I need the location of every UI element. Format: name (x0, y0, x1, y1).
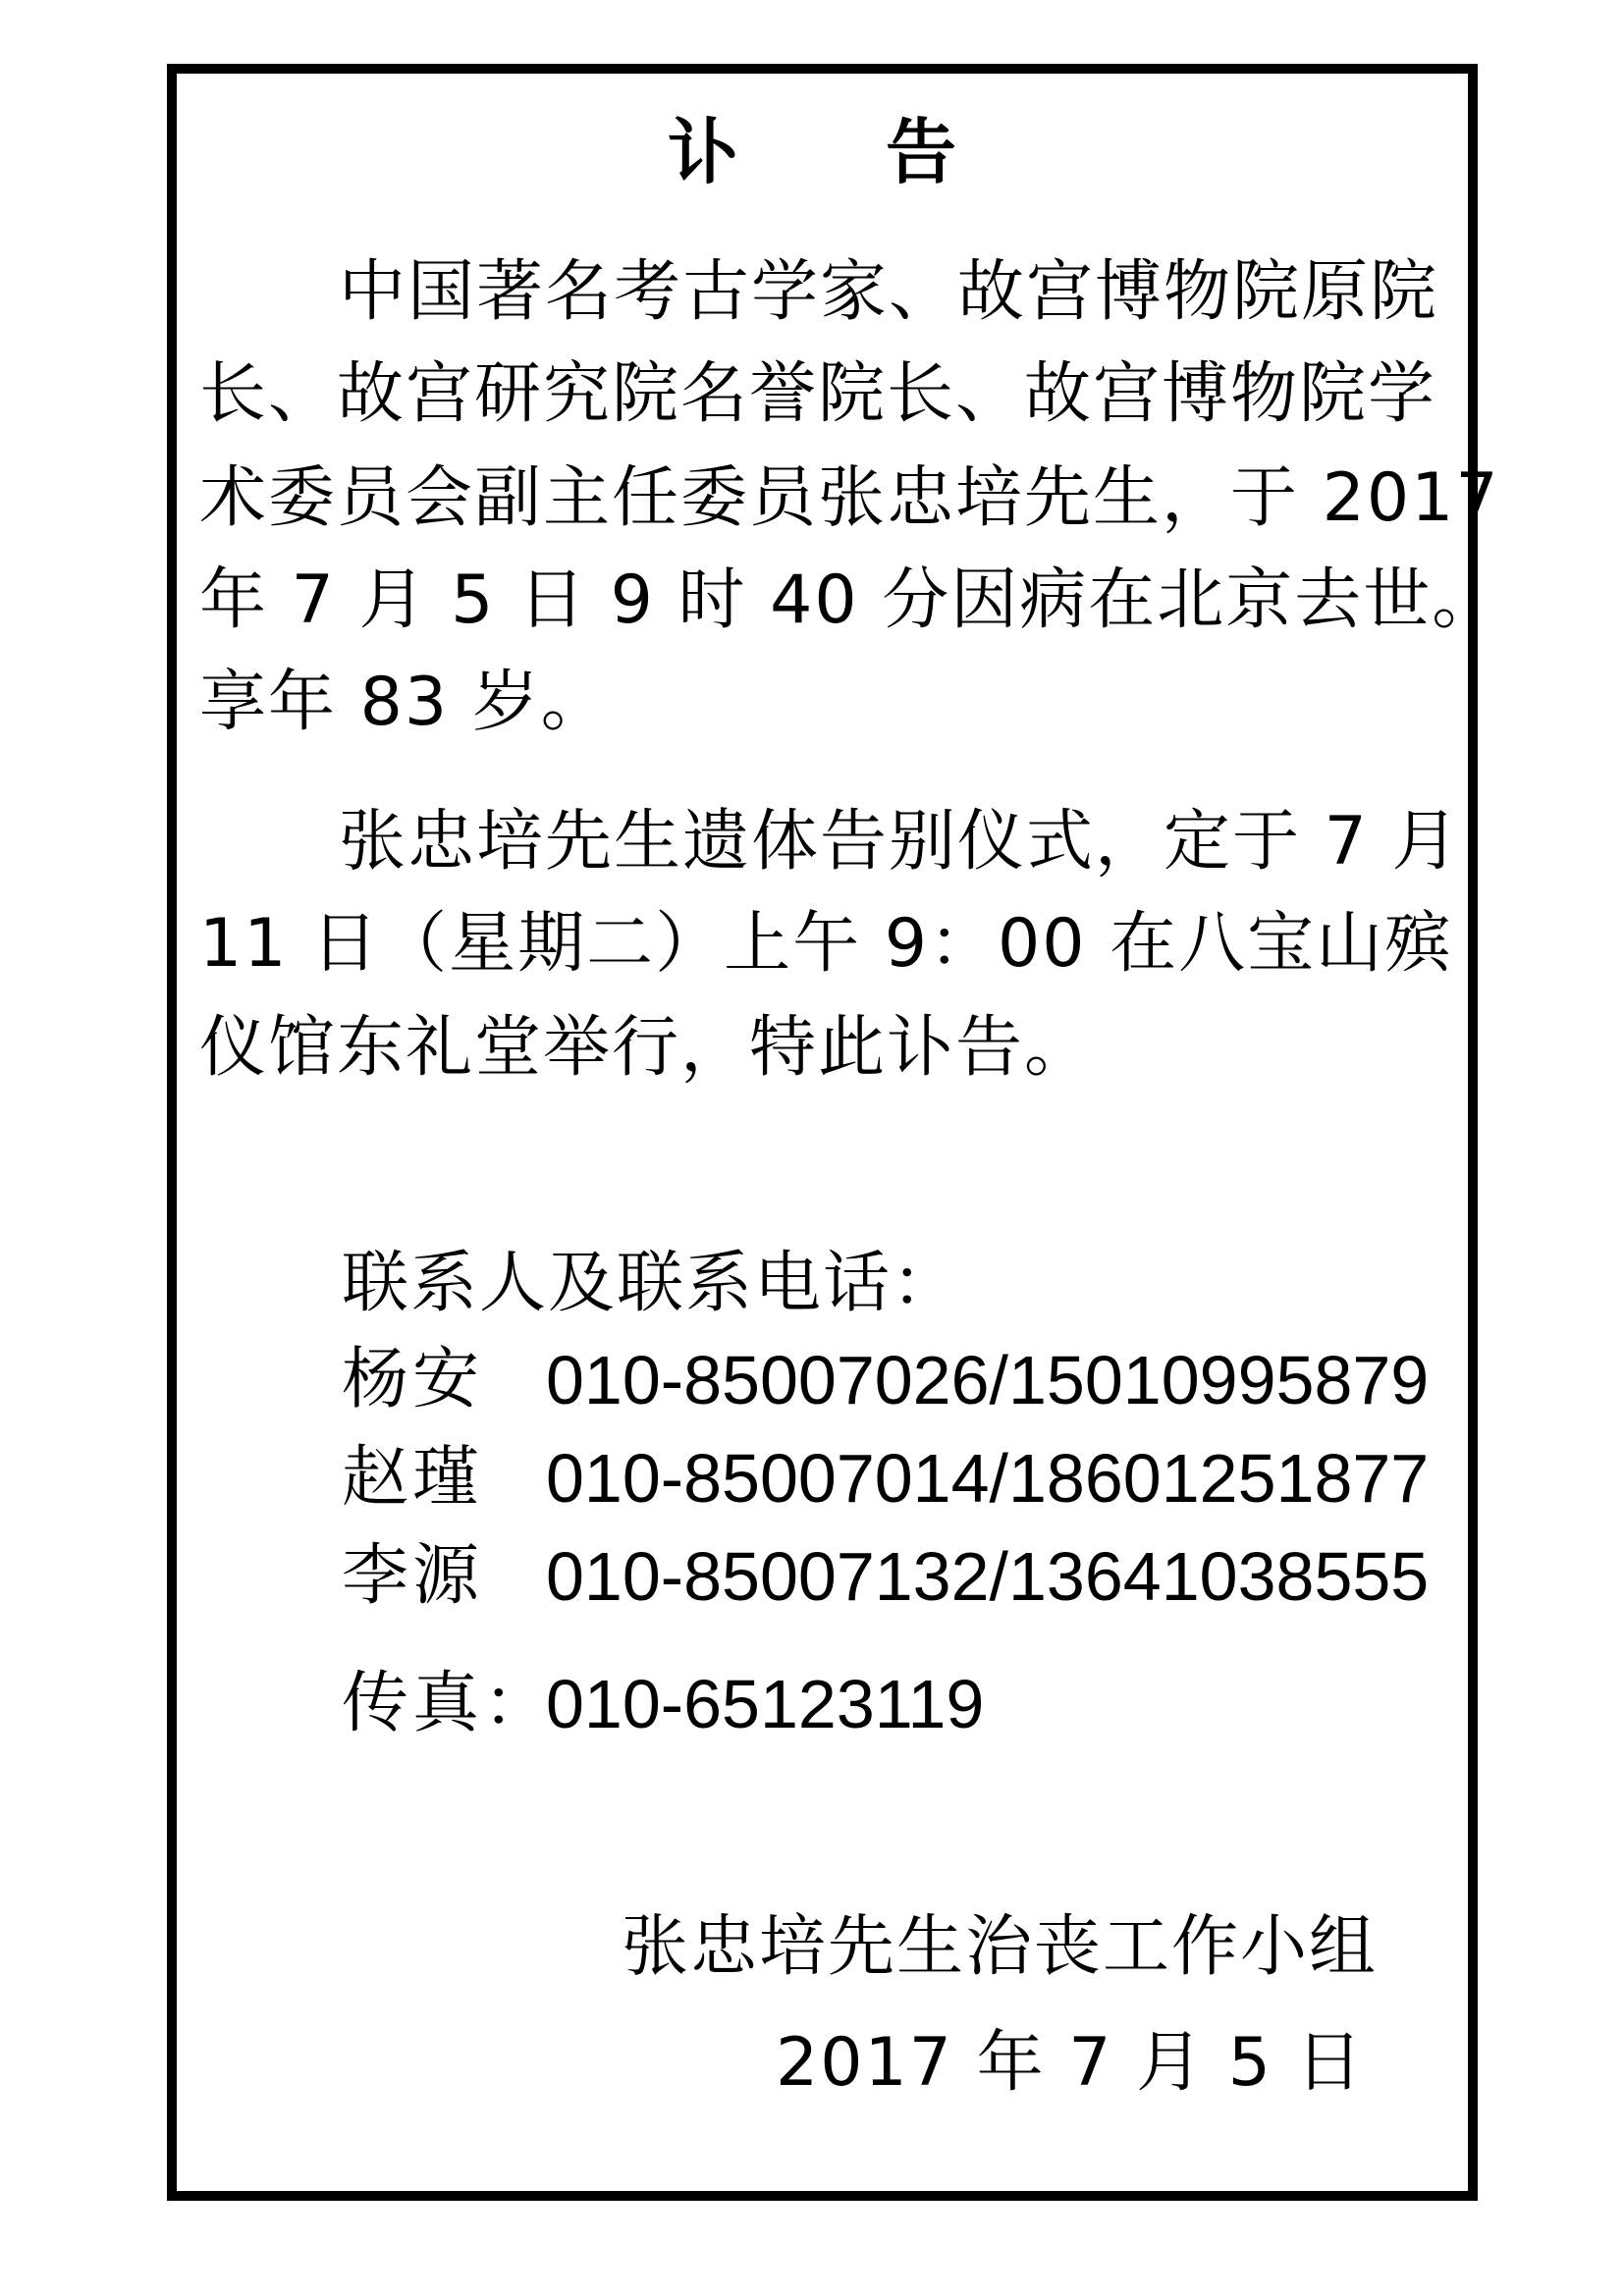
contact-phone: 010-85007132/13641038555 (546, 1537, 1429, 1616)
title-char-2: 告 (886, 108, 956, 196)
contacts-heading: 联系人及联系电话： (342, 1245, 960, 1323)
paragraph2-line-2: 11 日（星期二）上午 9：00 在八宝山殡 (199, 905, 1453, 984)
paragraph1-line-3: 术委员会副主任委员张忠培先生，于 2017 (199, 459, 1500, 538)
signature: 张忠培先生治丧工作小组 (622, 1908, 1378, 1987)
paragraph1-line-4: 年 7 月 5 日 9 时 40 分因病在北京去世。 (199, 561, 1500, 640)
paragraph1-line-1: 中国著名考古学家、故宫博物院原院 (339, 253, 1438, 332)
contact-phone: 010-85007026/15010995879 (546, 1341, 1429, 1419)
fax-number: 010-65123119 (546, 1665, 984, 1743)
notice-title: 讣告 (0, 108, 1624, 196)
issue-date: 2017 年 7 月 5 日 (776, 2024, 1365, 2103)
contact-name: 赵瑾 (342, 1439, 483, 1518)
paragraph1-line-5: 享年 83 岁。 (199, 664, 610, 742)
paragraph1-line-2: 长、故宫研究院名誉院长、故宫博物院学 (199, 355, 1436, 434)
contact-name: 李源 (342, 1537, 483, 1616)
contact-phone: 010-85007014/18601251877 (546, 1439, 1429, 1518)
paragraph2-line-1: 张忠培先生遗体告别仪式，定于 7 月 (339, 803, 1461, 881)
title-char-1: 讣 (668, 108, 738, 196)
paragraph2-line-3: 仪馆东礼堂举行，特此讣告。 (199, 1009, 1093, 1088)
contact-name: 杨安 (342, 1341, 483, 1419)
fax-label: 传真： (342, 1665, 554, 1743)
